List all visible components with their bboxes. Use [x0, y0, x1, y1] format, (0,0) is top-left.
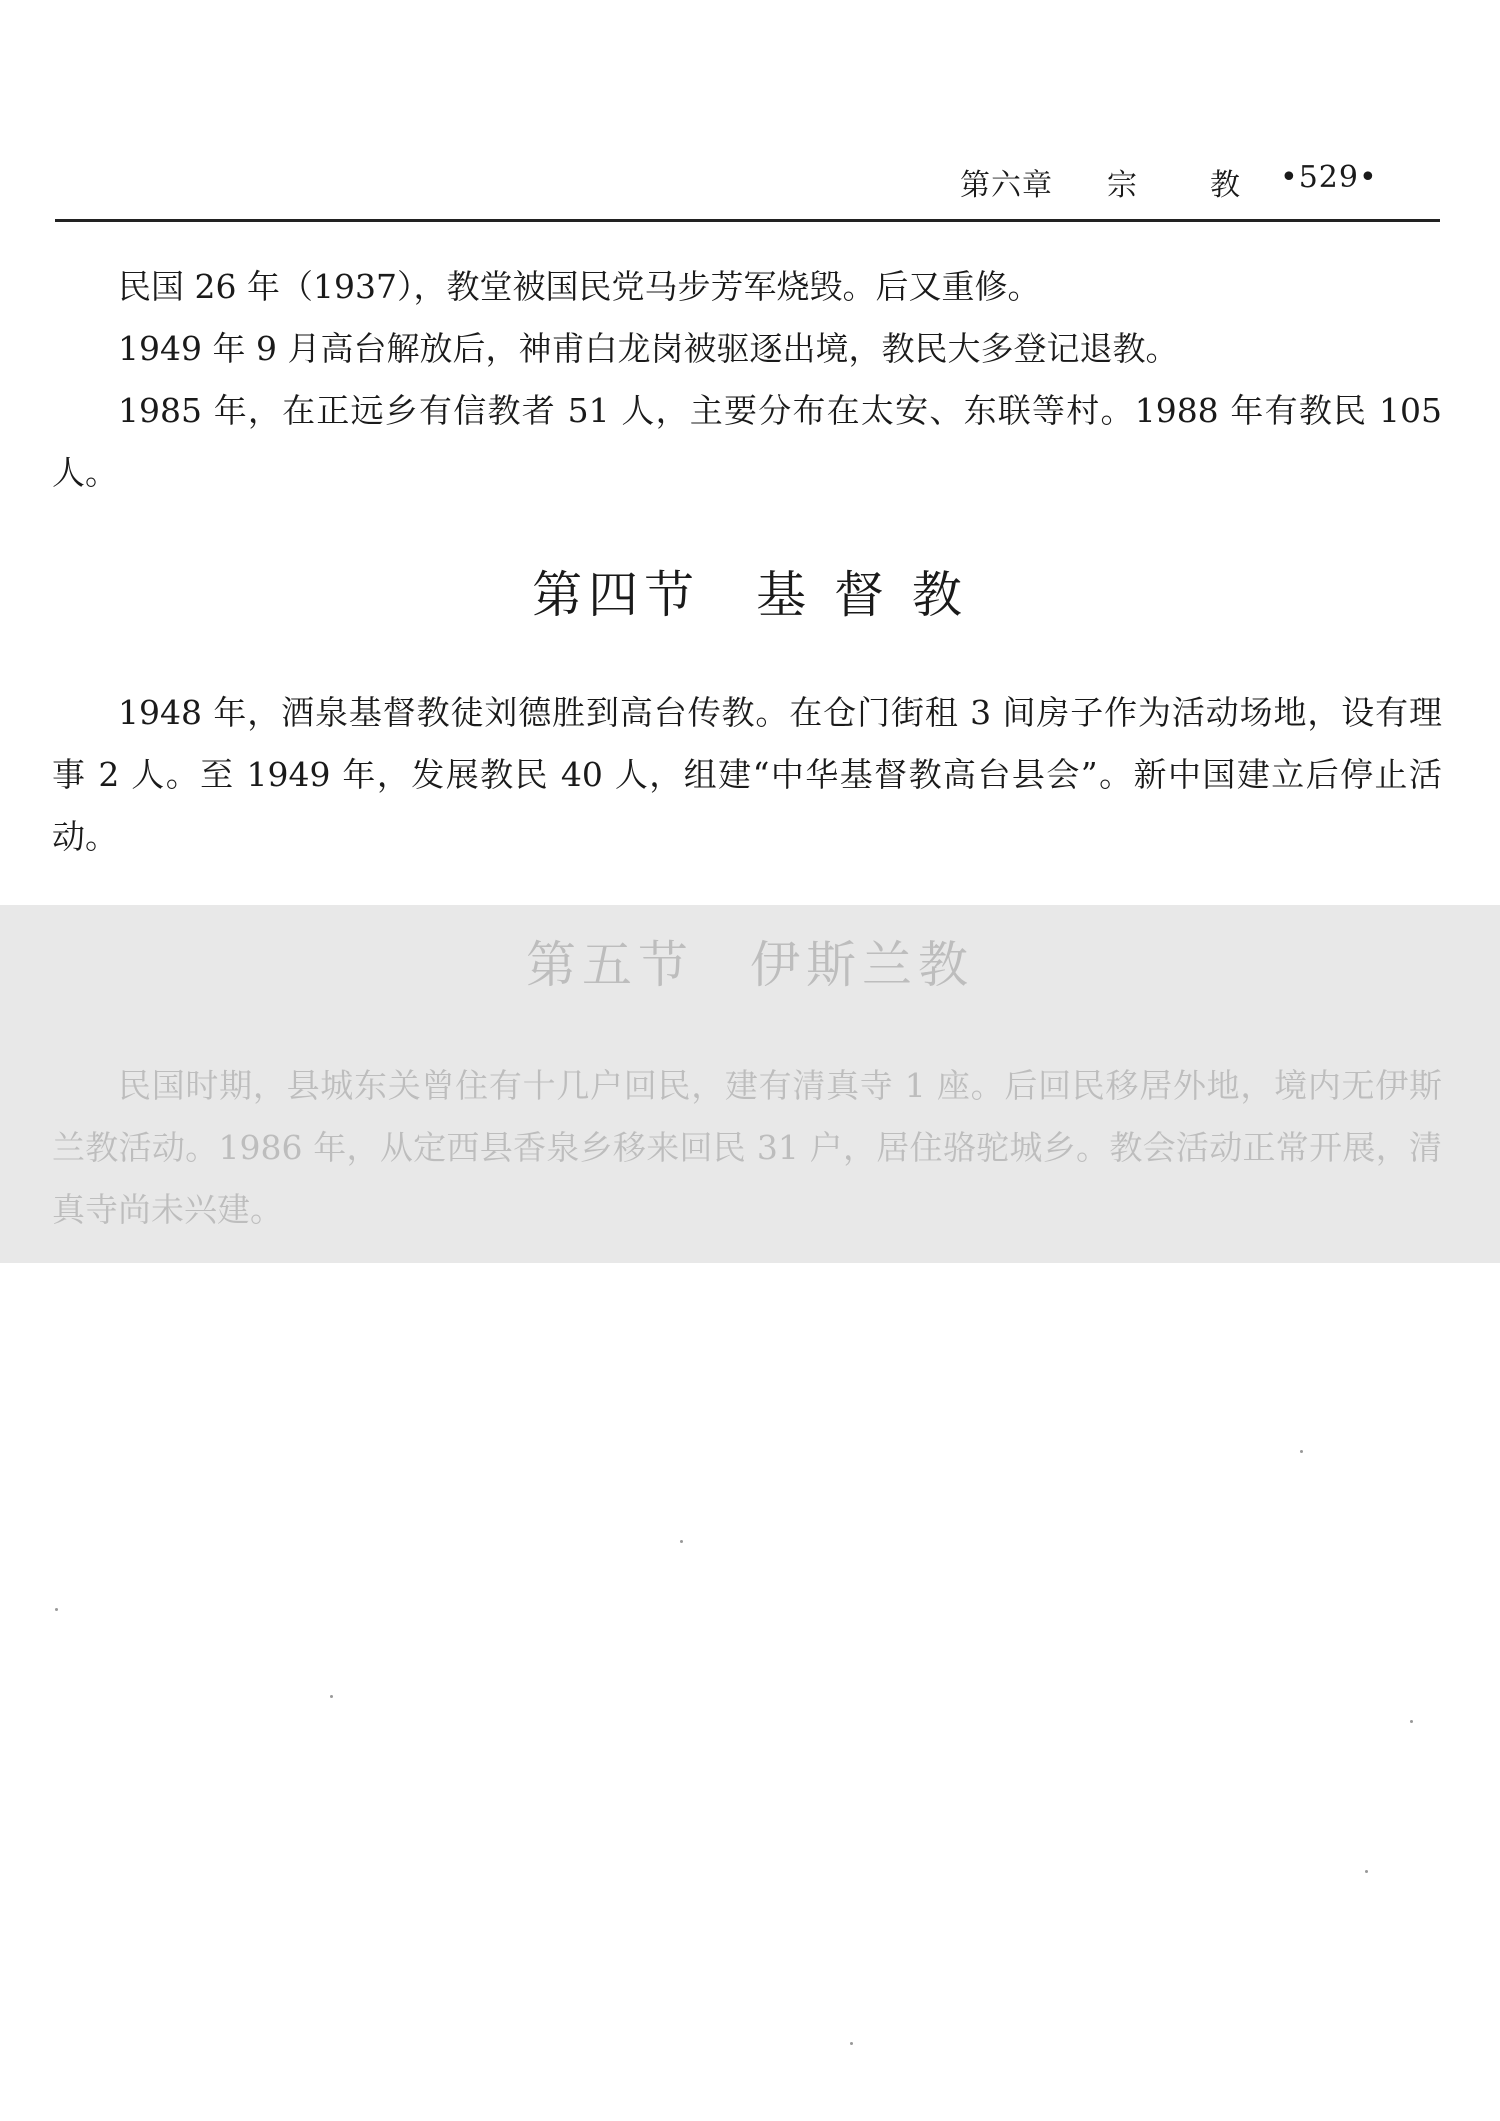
scan-speck — [1410, 1720, 1413, 1723]
scan-speck — [55, 1608, 58, 1611]
scan-speck — [330, 1695, 333, 1698]
header-rule — [55, 219, 1440, 222]
paragraph: 民国 26 年（1937），教堂被国民党马步芳军烧毁。后又重修。 — [52, 256, 1442, 318]
chapter-title-char-1: 宗 — [1107, 160, 1138, 204]
page-number: •529• — [1280, 160, 1378, 195]
paragraph: 1949 年 9 月高台解放后，神甫白龙岗被驱逐出境，教民大多登记退教。 — [52, 318, 1442, 380]
scan-speck — [850, 2042, 853, 2045]
paragraph: 民国时期，县城东关曾住有十几户回民，建有清真寺 1 座。后回民移居外地，境内无伊… — [52, 1055, 1442, 1241]
section-title-christianity: 第四节 基 督 教 — [0, 555, 1500, 627]
scan-speck — [1365, 1870, 1368, 1873]
chapter-title-char-2: 教 — [1210, 160, 1241, 204]
chapter-label: 第六章 — [960, 160, 1053, 204]
scan-speck — [1300, 1450, 1303, 1453]
section-title-islam: 第五节 伊斯兰教 — [0, 925, 1500, 997]
running-head: 第六章 宗 教 •529• — [960, 160, 1420, 210]
paragraph: 1985 年，在正远乡有信教者 51 人，主要分布在太安、东联等村。1988 年… — [52, 380, 1442, 504]
paragraph: 1948 年，酒泉基督教徒刘德胜到高台传教。在仓门街租 3 间房子作为活动场地，… — [52, 682, 1442, 868]
scan-speck — [680, 1540, 683, 1543]
